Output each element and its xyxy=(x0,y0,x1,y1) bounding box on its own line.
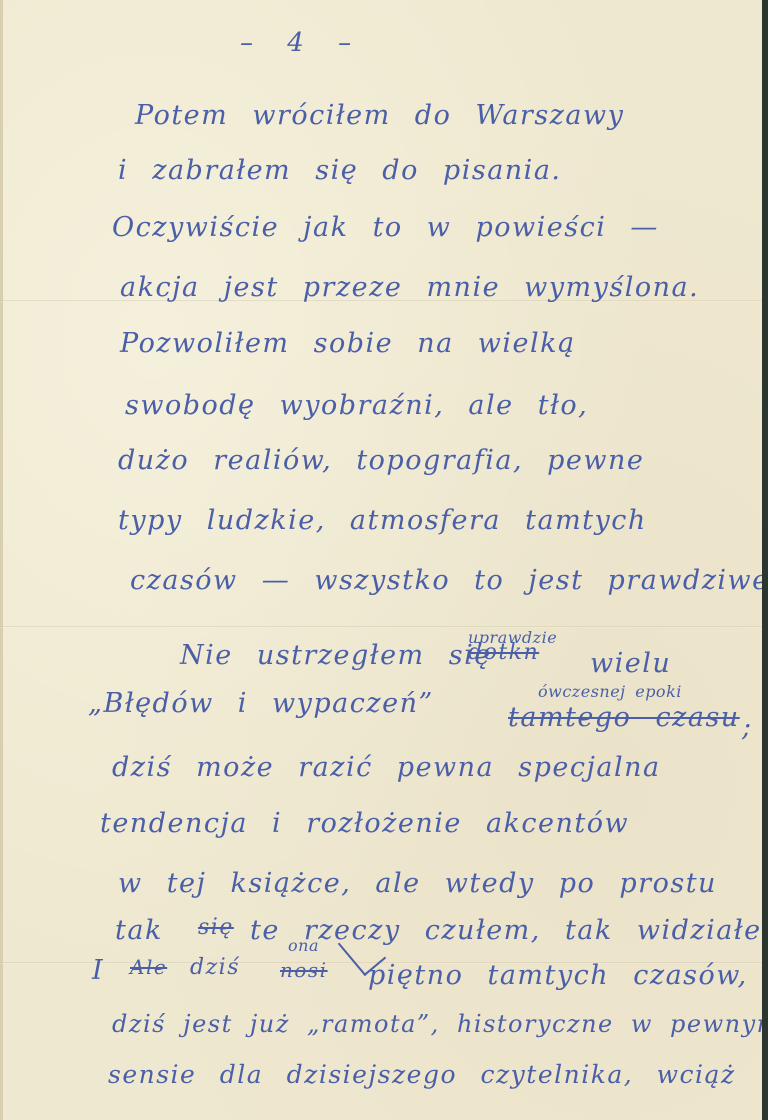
text-line: i zabrałem się do pisania. xyxy=(118,155,562,186)
paper-edge xyxy=(0,0,3,1120)
text-line: dziś może razić pewna specjalna xyxy=(112,752,661,783)
text-line: w tej książce, ale wtedy po prostu xyxy=(118,868,717,899)
text-line: akcja jest przeze mnie wymyślona. xyxy=(120,272,699,303)
text-line: dużo realiów, topografia, pewne xyxy=(118,445,644,476)
manuscript-page: – 4 – Potem wróciłem do Warszawy i zabra… xyxy=(0,0,762,1120)
text-line: te rzeczy czułem, tak widziałem. xyxy=(250,915,768,946)
text-line: wielu xyxy=(590,648,671,679)
fold-line xyxy=(0,626,762,628)
struck-phrase: tamtego czasu xyxy=(508,702,740,733)
page-number: – 4 – xyxy=(240,28,357,58)
struck-word: się xyxy=(198,915,234,940)
insertion: ona xyxy=(288,936,319,955)
text-line: „Błędów i wypaczeń” xyxy=(88,688,434,719)
text-line: tak xyxy=(115,915,163,946)
text-line: swobodę wyobraźni, ale tło, xyxy=(125,390,588,421)
text-line: czasów — wszystko to jest prawdziwe. xyxy=(130,565,768,596)
punctuation: ; xyxy=(742,712,753,743)
text-line: sensie dla dzisiejszego czytelnika, wcią… xyxy=(108,1060,736,1089)
text-line: piętno tamtych czasów, xyxy=(368,960,748,991)
text-line: Pozwoliłem sobie na wielką xyxy=(120,328,576,359)
struck-word: dotkn xyxy=(468,640,539,665)
text-line: Nie ustrzegłem się xyxy=(180,640,492,671)
text-line: Potem wróciłem do Warszawy xyxy=(135,100,624,131)
text-word: dziś xyxy=(190,955,240,980)
text-line: I xyxy=(92,955,104,986)
text-line: typy ludzkie, atmosfera tamtych xyxy=(118,505,647,536)
insertion: ówczesnej epoki xyxy=(538,682,682,701)
text-line: tendencja i rozłożenie akcentów xyxy=(100,808,629,839)
text-line: Oczywiście jak to w powieści — xyxy=(112,212,659,243)
text-line: dziś jest już „ramota”, historyczne w pe… xyxy=(112,1010,768,1038)
scan-border xyxy=(762,0,768,1120)
struck-word: Ale xyxy=(130,955,167,979)
struck-word: nosi xyxy=(280,958,328,982)
